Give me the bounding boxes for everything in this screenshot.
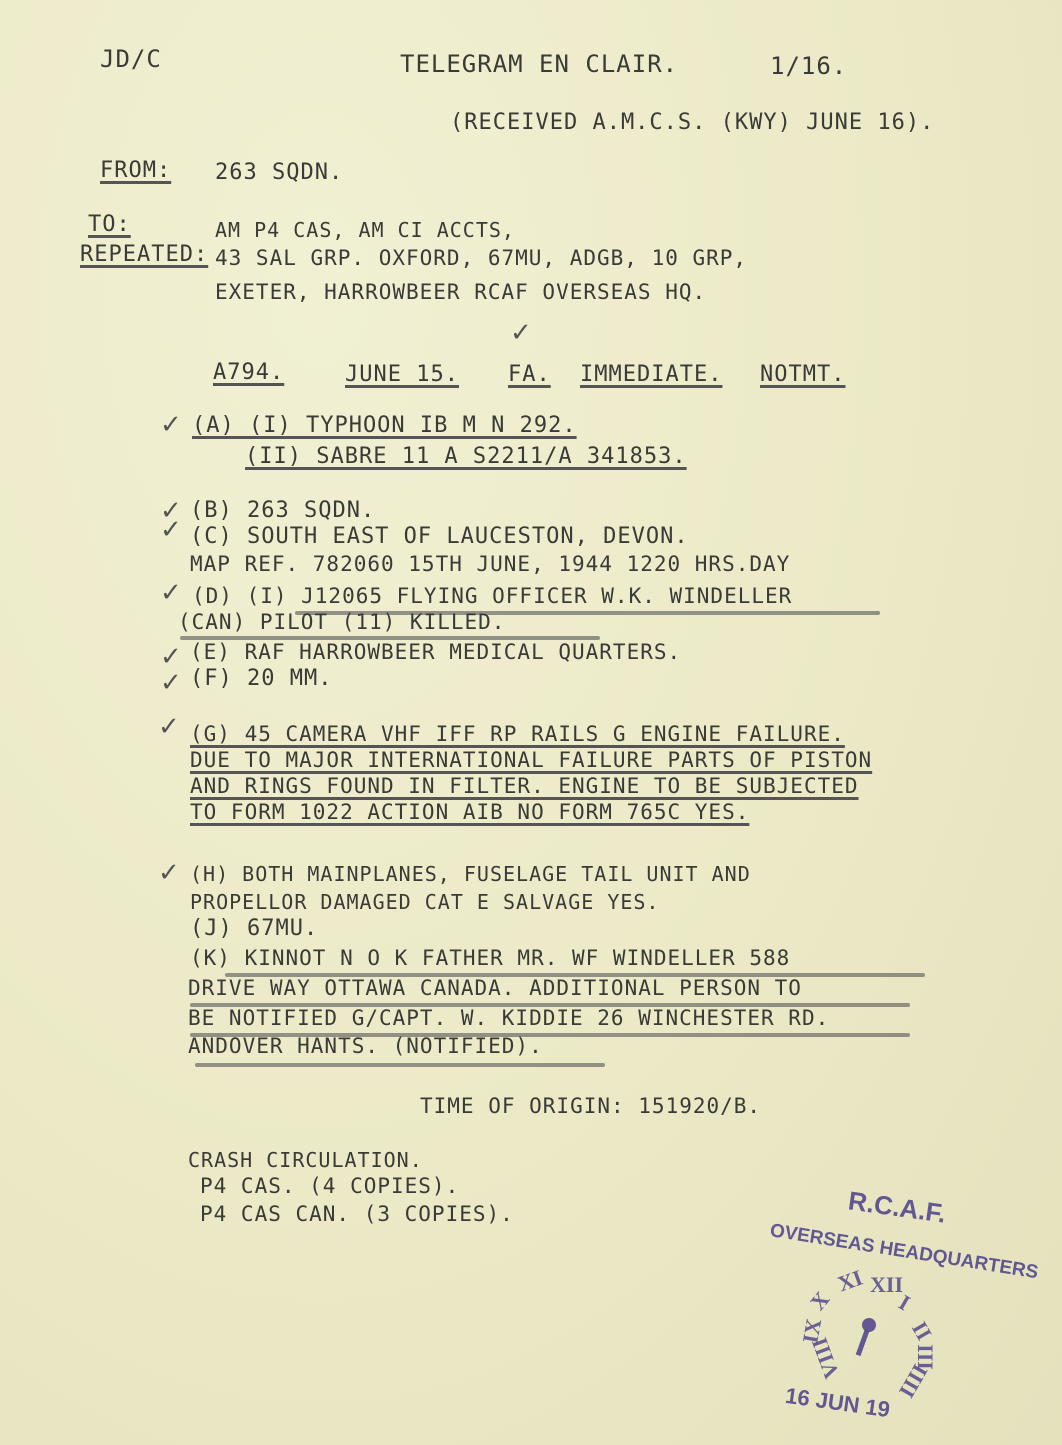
- map-reference: MAP REF. 782060 15TH JUNE, 1944 1220 HRS…: [190, 552, 790, 576]
- stamp-date: 16 JUN 19: [784, 1383, 892, 1423]
- subject-ref: A794.: [213, 360, 284, 385]
- item-k-line-4: ANDOVER HANTS. (NOTIFIED).: [188, 1034, 543, 1058]
- repeated-line-1: 43 SAL GRP. OXFORD, 67MU, ADGB, 10 GRP,: [215, 246, 747, 270]
- item-a-aircraft: (A) (I) TYPHOON IB M N 292.: [192, 413, 577, 438]
- subject-notification: NOTMT.: [760, 362, 845, 387]
- from-label: FROM:: [100, 158, 171, 183]
- circulation-title: CRASH CIRCULATION.: [188, 1148, 423, 1172]
- repeated-label: REPEATED:: [80, 242, 208, 267]
- item-g-line-2: DUE TO MAJOR INTERNATIONAL FAILURE PARTS…: [190, 748, 872, 772]
- circulation-entry-1: P4 CAS. (4 COPIES).: [200, 1174, 459, 1198]
- subject-type: FA.: [508, 362, 551, 387]
- document-ref: JD/C: [100, 45, 162, 73]
- item-c-location: (C) SOUTH EAST OF LAUCESTON, DEVON.: [190, 524, 689, 549]
- item-g-line-3: AND RINGS FOUND IN FILTER. ENGINE TO BE …: [190, 774, 859, 798]
- time-of-origin: TIME OF ORIGIN: 151920/B.: [420, 1094, 761, 1118]
- circulation-entry-2: P4 CAS CAN. (3 COPIES).: [200, 1202, 514, 1226]
- item-b-unit: (B) 263 SQDN.: [190, 498, 375, 523]
- item-g-line-4: TO FORM 1022 ACTION AIB NO FORM 765C YES…: [190, 800, 749, 824]
- check-mark-icon: ✓: [160, 515, 182, 545]
- check-mark-icon: ✓: [158, 712, 180, 742]
- stamp-subtitle: OVERSEAS HEADQUARTERS: [768, 1220, 1039, 1284]
- subject-date: JUNE 15.: [345, 362, 459, 387]
- item-j-unit: (J) 67MU.: [190, 916, 318, 941]
- item-g-line-1: (G) 45 CAMERA VHF IFF RP RAILS G ENGINE …: [190, 722, 845, 746]
- stamp-clock-numeral: II: [906, 1317, 937, 1345]
- subject-priority: IMMEDIATE.: [580, 362, 722, 387]
- to-value: AM P4 CAS, AM CI ACCTS,: [215, 218, 515, 242]
- stamp-clock-numeral: X: [805, 1287, 835, 1316]
- stamp-clock-hand-icon: [856, 1330, 870, 1356]
- stamp-title: R.C.A.F.: [846, 1185, 948, 1229]
- item-d-pilot: (D) (I) J12065 FLYING OFFICER W.K. WINDE…: [192, 584, 792, 608]
- page-number: 1/16.: [770, 52, 847, 80]
- stamp-clock-numeral: VIII: [806, 1334, 845, 1382]
- item-e-medical: (E) RAF HARROWBEER MEDICAL QUARTERS.: [190, 640, 681, 664]
- item-k-line-1: (K) KINNOT N O K FATHER MR. WF WINDELLER…: [190, 946, 790, 970]
- from-value: 263 SQDN.: [215, 160, 343, 185]
- check-mark-icon: ✓: [160, 578, 182, 608]
- stamp-clock-numeral: XI: [834, 1265, 866, 1298]
- to-label: TO:: [88, 212, 131, 237]
- repeated-line-2: EXETER, HARROWBEER RCAF OVERSEAS HQ.: [215, 280, 706, 304]
- document-title: TELEGRAM EN CLAIR.: [400, 50, 678, 78]
- check-mark-icon: ✓: [158, 858, 180, 888]
- item-f-armament: (F) 20 MM.: [190, 666, 332, 691]
- stamp-clock-numeral: XII: [870, 1272, 903, 1298]
- item-k-line-3: BE NOTIFIED G/CAPT. W. KIDDIE 26 WINCHES…: [188, 1006, 829, 1030]
- check-mark-icon: ✓: [160, 410, 182, 440]
- pencil-underline: [195, 1063, 605, 1067]
- item-d-status: (CAN) PILOT (11) KILLED.: [178, 610, 505, 634]
- received-line: (RECEIVED A.M.C.S. (KWY) JUNE 16).: [450, 110, 934, 135]
- item-h-damage-2: PROPELLOR DAMAGED CAT E SALVAGE YES.: [190, 890, 659, 914]
- item-h-damage-1: (H) BOTH MAINPLANES, FUSELAGE TAIL UNIT …: [190, 862, 751, 886]
- item-k-line-2: DRIVE WAY OTTAWA CANADA. ADDITIONAL PERS…: [188, 976, 802, 1000]
- check-mark-icon: ✓: [160, 668, 182, 698]
- item-a-engine: (II) SABRE 11 A S2211/A 341853.: [245, 444, 687, 469]
- check-mark-icon: ✓: [510, 318, 532, 348]
